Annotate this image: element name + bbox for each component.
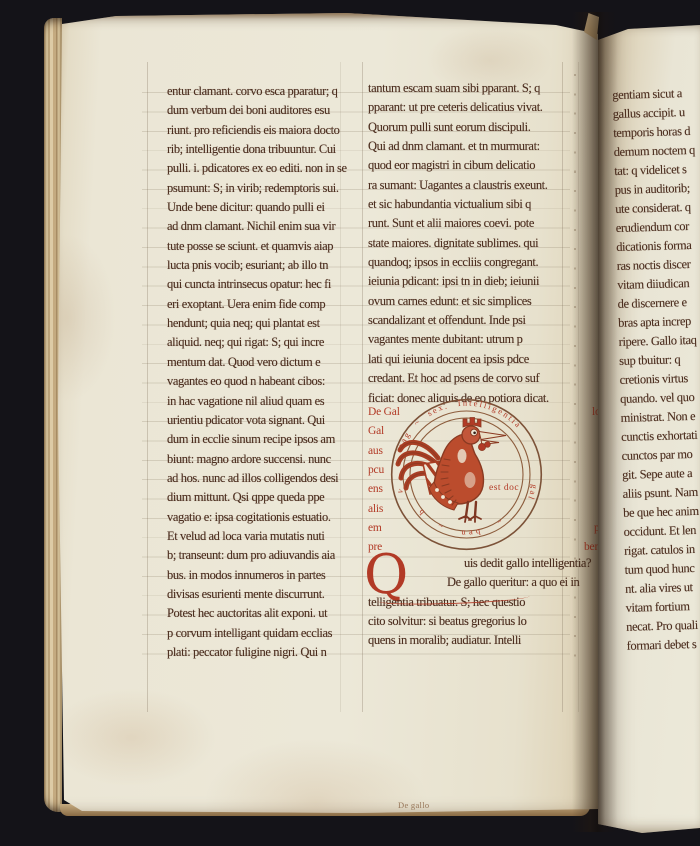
text-line: bras apta increp [618, 311, 700, 332]
text-line: cunctos par mo [621, 444, 700, 465]
text-line: formari debet s [626, 634, 700, 655]
text-line: Unde bene dicitur: quando pulli ei [167, 198, 367, 217]
text-line: pulli. i. pdicatores ex eo editi. non in… [167, 159, 367, 178]
text-line: em [368, 519, 428, 538]
text-line: ras noctis discer [616, 254, 700, 275]
text-line: temporis horas d [613, 122, 700, 143]
text-line: cretionis virtus [619, 368, 700, 389]
text-line: quens in moralib; audiatur. Intelli [368, 631, 573, 650]
text-line: alis [368, 500, 428, 519]
text-line: ute considerat. q [615, 197, 700, 218]
text-line: ens [368, 480, 428, 499]
text-line: rib; intelligentie dona tribuuntur. Cui [167, 140, 367, 159]
ruling-vertical [578, 62, 579, 712]
text-line: scandalizant et offendunt. Inde psi [368, 311, 568, 330]
text-line: ripere. Gallo itaq [618, 330, 700, 351]
text-line: psumunt: S; in virib; redemptoris sui. [167, 179, 367, 198]
manuscript-photo: entur clamant. corvo esca pparatur; qdum… [0, 0, 700, 846]
text-line: aliis psunt. Nam [622, 482, 700, 503]
text-line: demum noctem q [613, 140, 700, 161]
text-line: cunctis exhortati [621, 425, 700, 446]
text-line: vagatio e: ipsa cogitationis estuatio. [167, 508, 367, 527]
text-column-left: entur clamant. corvo esca pparatur; qdum… [167, 82, 367, 662]
text-line: Potest hec auctoritas alit exponi. ut [167, 604, 367, 623]
text-line: aliquid. neq; qui rigat: S; qui incre [167, 333, 367, 352]
text-line: in hac vagatione nil aliud quam es [167, 392, 367, 411]
rubric-margin-words-left: De GalGalauspcuensalisempre [368, 403, 428, 558]
text-line: ad dnm clamant. Nichil enim sua vir [167, 217, 367, 236]
text-column-right: tantum escam suam sibi pparant. S; qppar… [368, 79, 568, 408]
rubric-margin-words-right: lo;lussencoexplubeno; [532, 403, 592, 558]
right-page: gentiam sicut agallus accipit. utemporis… [598, 16, 700, 834]
text-line: mentum dat. Quod vero dictum e [167, 353, 367, 372]
text-line: lucta pnis vocib; esuriant; ab illo tn [167, 256, 367, 275]
text-line: quandoq; ipsos in eccliis congregant. [368, 253, 568, 272]
text-line: entur clamant. corvo esca pparatur; q [167, 82, 367, 101]
text-line: riunt. pro reficiendis eis maiora docto [167, 121, 367, 140]
text-line: quod eor magistri in cibum delicatio [368, 156, 568, 175]
text-line: be que hec anim [623, 501, 700, 522]
text-line: pus in auditorib; [614, 178, 700, 199]
rooster-legs [459, 502, 481, 522]
text-line: pcu [368, 461, 428, 480]
text-line: ministrat. Non e [620, 406, 700, 427]
text-line: erudiendum cor [615, 216, 700, 237]
ruling-vertical [147, 62, 148, 712]
text-line: tum quod hunc [624, 558, 700, 579]
text-line: divisas esurienti mente discurrunt. [167, 585, 367, 604]
text-line: De Gal [368, 403, 428, 422]
text-line: vagantes mente dubitant: utrum p [368, 330, 568, 349]
text-line: tat: q videlicet s [614, 159, 700, 180]
catchword: De gallo [398, 800, 429, 810]
text-line: Gal [368, 422, 428, 441]
text-line: eri exoptant. Uera enim fide comp [167, 295, 367, 314]
text-line: gallus accipit. u [612, 103, 700, 124]
text-line: aus [368, 442, 428, 461]
text-line: tute posse se sciunt. et quamvis aiap [167, 237, 367, 256]
text-line: urientiu pdicator vota signant. Qui [167, 411, 367, 430]
text-line: pparant: ut pre ceteris delicatius vivat… [368, 98, 568, 117]
text-line: vitam diiudican [617, 273, 700, 294]
text-line: uis dedit gallo intelligentia? [368, 554, 573, 573]
text-line: b; transeunt: dum pro adiuvandis aia [167, 546, 367, 565]
text-line: et sic habundantia victualium sibi q [368, 195, 568, 214]
text-line: vitam fortium [625, 596, 700, 617]
text-line: bus. in modos innumeros in partes [167, 566, 367, 585]
text-line: tantum escam suam sibi pparant. S; q [368, 79, 568, 98]
text-line: biunt: magno ardore succensi. nunc [167, 450, 367, 469]
right-page-text: gentiam sicut agallus accipit. utemporis… [612, 84, 700, 656]
text-line: git. Sepe aute a [622, 463, 700, 484]
text-line: ovum carnes edunt: et sic simplices [368, 292, 568, 311]
text-line: p corvum intelligant quidam ecclias [167, 624, 367, 643]
text-line: dium mittunt. Qsi qppe queda ppe [167, 488, 367, 507]
text-line: Quorum pulli sunt eorum discipuli. [368, 118, 568, 137]
text-line: cito solvitur: si beatus gregorius lo [368, 612, 573, 631]
text-line: ra sumant: Uagantes a claustris exeunt. [368, 176, 568, 195]
text-line: gentiam sicut a [612, 84, 700, 105]
rooster-head [462, 426, 480, 444]
text-line: ad hos. nunc ad illos colligendos desi [167, 469, 367, 488]
text-line: runt. Sunt et alii maiores coevi. pote [368, 214, 568, 233]
medallion-center-label: est doc [489, 483, 519, 493]
text-line: ieiunia pdicant: ipsi tn in dieb; ieiuni… [368, 272, 568, 291]
text-line: dicationis forma [616, 235, 700, 256]
text-line: sup tbuitur: q [619, 349, 700, 370]
text-line: nt. alia vires ut [625, 577, 700, 598]
text-line: de discernere e [617, 292, 700, 313]
text-line: state maiores. dignitate sublimes. qui [368, 234, 568, 253]
text-line: hendunt; quia neq; qui plantat est [167, 314, 367, 333]
text-line: credant. Et hoc ad psens de corvo suf [368, 369, 568, 388]
text-line: rigat. catulos in [624, 539, 700, 560]
text-line: qui cuncta intrinsecus opatur: hec fi [167, 275, 367, 294]
text-line: quando. vel quo [620, 387, 700, 408]
text-line: vagantes eo quod n habeant cibos: [167, 372, 367, 391]
text-line: plati: peccator fuligine nigri. Qui n [167, 643, 367, 662]
left-page: entur clamant. corvo esca pparatur; qdum… [56, 12, 598, 818]
text-line: lati qui ieiunia docent ea ipsis pdce [368, 350, 568, 369]
text-line: De gallo queritur: a quo ei in [368, 573, 573, 592]
rooster-beak [479, 432, 506, 445]
text-line: dum in ecclie sinum recipe ipsos am [167, 430, 367, 449]
text-line: Et velud ad loca varia mutatis nuti [167, 527, 367, 546]
text-line: dum verbum dei boni auditores esu [167, 101, 367, 120]
text-line: occidunt. Et len [623, 520, 700, 541]
text-line: Qui ad dnm clamant. et tn murmurat: [368, 137, 568, 156]
text-line: necat. Pro quali [626, 615, 700, 636]
